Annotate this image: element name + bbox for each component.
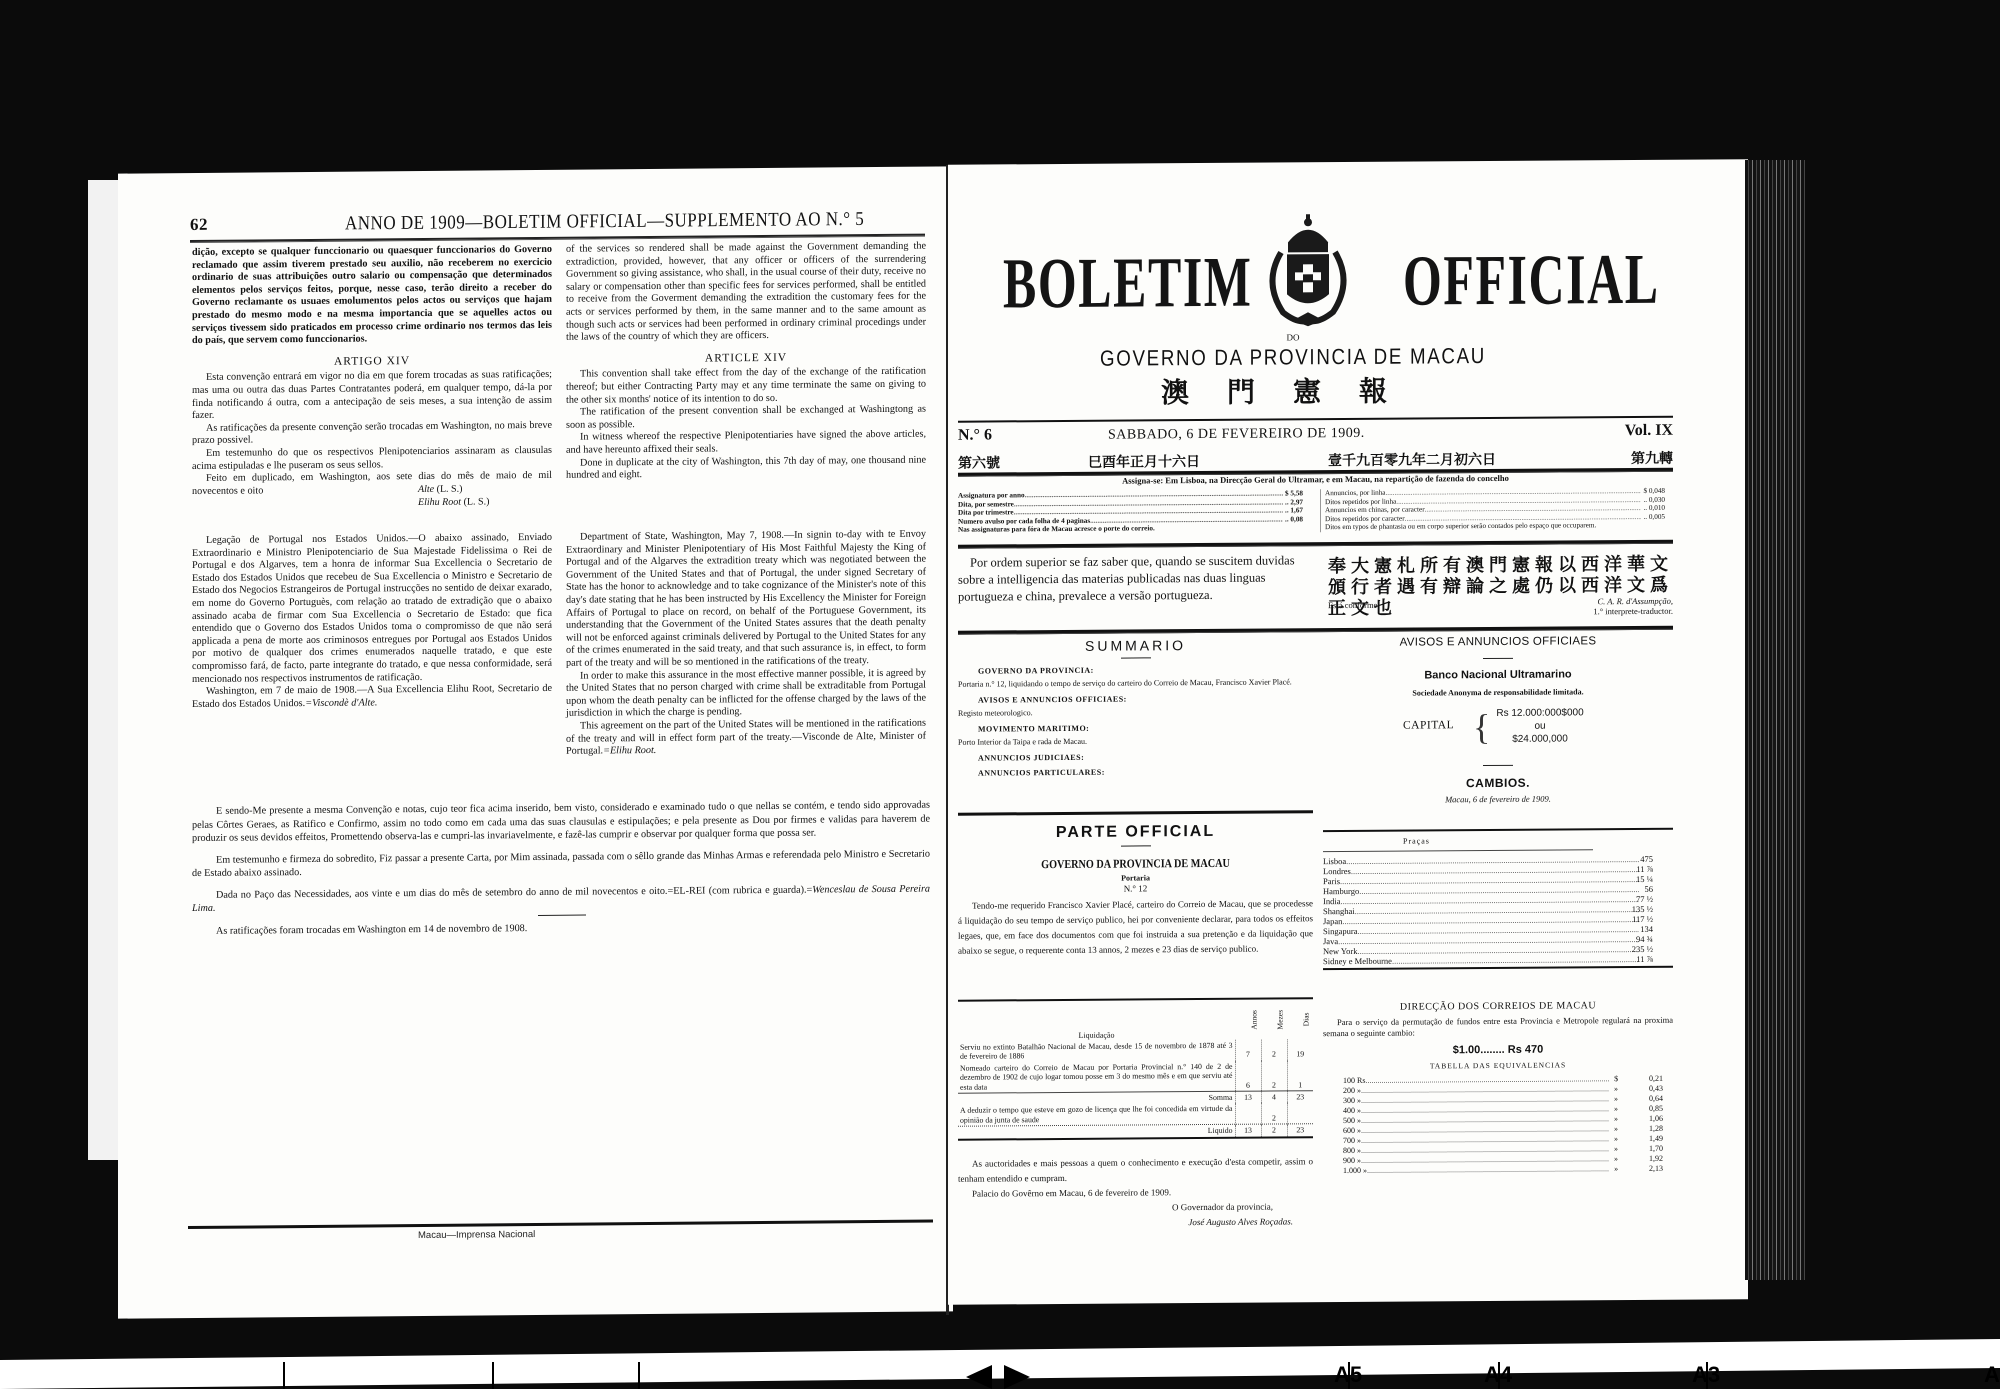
summario-text: Portaria n.° 12, liquidando o tempo de s… [958, 677, 1313, 689]
summario-title: SUMMARIO [958, 637, 1313, 654]
masthead-word-official: OFFICIAL [1403, 238, 1660, 323]
pt-paragraph: Em testemunho do que os respectivos Plen… [192, 445, 552, 473]
translator-signature: C. A. R. d'Assumpção, 1.° interprete-tra… [1593, 596, 1673, 617]
ruler-tick [283, 1362, 285, 1389]
issue-date: SABBADO, 6 DE FEVEREIRO DE 1909. [1108, 426, 1365, 444]
english-column: of the services so rendered shall be mad… [566, 241, 926, 483]
pracas-list: Lisboa475 Londres11 ⅞ Paris15 ¼ Hamburgo… [1323, 850, 1673, 970]
legacao-note: Legação de Portugal nos Estados Unidos.—… [192, 532, 552, 686]
footer-rule [188, 1220, 933, 1230]
left-page: 62 ANNO DE 1909—BOLETIM OFFICIAL—SUPPLEM… [118, 166, 953, 1318]
language-notice: Por ordem superior se faz saber que, qua… [958, 550, 1673, 625]
pt-paragraph: As ratificações da presente convenção se… [192, 420, 552, 448]
issue-date-lunar: 巳酉年正月十六日 [1088, 451, 1200, 472]
issue-volume-cn: 第九轉 [1631, 448, 1673, 468]
bank-capital: CAPITAL { Rs 12.000:000$000 ou $24.000,0… [1323, 704, 1673, 756]
summario-text: Registo meteorologico. [958, 706, 1313, 718]
capital-label: CAPITAL [1403, 719, 1454, 731]
table-row: Serviu no extinto Batalhão Nacional de M… [958, 1039, 1313, 1062]
page-number: 62 [190, 215, 208, 235]
ruler-arrow-right-icon [1004, 1365, 1030, 1389]
ruler-arrow-left-icon [966, 1365, 992, 1389]
exchange-row: Sidney e Melbourne11 ⅞ [1323, 954, 1673, 966]
portaria-closing: As auctoridades e mais pessoas a quem o … [958, 1154, 1313, 1231]
issue-volume: Vol. IX [1625, 422, 1673, 440]
capital-values: Rs 12.000:000$000 ou $24.000,000 [1485, 706, 1595, 746]
issue-date-western-cn: 壹千九百零九年二月初六日 [1328, 449, 1496, 470]
agreement-signature: =Elihu Root. [603, 745, 656, 756]
en-paragraph: The ratification of the present conventi… [566, 404, 926, 432]
avisos-divider [1483, 658, 1513, 659]
translator-title: 1.° interprete-traductor. [1593, 606, 1673, 617]
ruler-mark-a3: A3 [1692, 1362, 1720, 1388]
issue-number: N.° 6 [958, 426, 992, 444]
en-paragraph: In witness whereof the respective Plenip… [566, 429, 926, 457]
legacao-note-block: Legação de Portugal nos Estados Unidos.—… [192, 532, 552, 711]
parte-official-title: PARTE OFFICIAL [958, 822, 1313, 842]
ruler-tick [638, 1362, 640, 1389]
ratification-paragraph: Em testemunho e firmeza do sobredito, Fi… [192, 847, 930, 880]
advertising-prices: Annuncios, por linha$ 0,048 Ditos repeti… [1320, 487, 1665, 532]
advert-note: Ditos em typos de phantasia ou em corpo … [1325, 521, 1665, 532]
table-row: Nomeado carteiro do Correio de Macau por… [958, 1060, 1313, 1093]
en-article-title: ARTICLE XIV [566, 350, 926, 366]
portaria-number: N.° 12 [958, 882, 1313, 894]
ratification-paragraph: Dada no Paço das Necessidades, aos vinte… [216, 884, 812, 900]
imprint: Macau—Imprensa Nacional [418, 1229, 535, 1241]
masthead-subtitle-chinese: 澳門憲報 [948, 368, 1638, 413]
cambios-divider [1483, 765, 1513, 766]
book-page-edges [1745, 160, 1805, 1280]
correios-title: DIRECÇÃO DOS CORREIOS DE MACAU [1323, 1000, 1673, 1013]
summario-divider [1121, 657, 1151, 658]
ruler-mark-a5: A5 [1334, 1362, 1362, 1388]
masthead-subtitle: GOVERNO DA PROVINCIA DE MACAU [1000, 342, 1587, 372]
equivalence-row: 1.000 »»2,13 [1343, 1164, 1663, 1176]
pt-paragraph: Esta convenção entrará em vigor no dia e… [192, 369, 552, 423]
closing-paragraph: As auctoridades e mais pessoas a quem o … [958, 1154, 1313, 1186]
masthead: BOLETIM OFFICIAL [1003, 200, 1693, 325]
exchange-rates-table: Praças Lisboa475 Londres11 ⅞ Paris15 ¼ H… [1323, 828, 1673, 970]
liquidacao-header-label: Liquidação [958, 1000, 1235, 1042]
signature-root: Elihu Root [418, 497, 461, 508]
summario: SUMMARIO GOVERNO DA PROVINCIA: Portaria … [958, 637, 1313, 780]
ratification-paragraph: E sendo-Me presente a mesma Convenção e … [192, 799, 930, 846]
correios-rate: $1.00........ Rs 470 [1323, 1044, 1673, 1057]
masthead-word-boletim: BOLETIM [1003, 241, 1252, 326]
issue-number-cn: 第六號 [958, 452, 1000, 472]
cambios-date: Macau, 6 de fevereiro de 1909. [1323, 793, 1673, 805]
parte-gov: GOVERNO DA PROVINCIA DE MACAU [985, 855, 1287, 872]
summario-rule [958, 810, 1313, 815]
portaria-body: Tendo-me requerido Francisco Xavier Plac… [958, 896, 1313, 958]
bank-name: Banco Nacional Ultramarino [1323, 668, 1673, 682]
translator-name: C. A. R. d'Assumpção, [1597, 596, 1673, 607]
summario-text: Porto Interior da Taipa e rada de Macau. [958, 735, 1313, 747]
liquidacao-table: Liquidação Annos Mezes Dias Serviu no ex… [958, 997, 1313, 1140]
cambios-title: CAMBIOS. [1323, 775, 1673, 791]
en-paragraph: Done in duplicate at the city of Washing… [566, 454, 926, 482]
liquidacao-header: Liquidação Annos Mezes Dias [958, 999, 1313, 1041]
bank-subtitle: Sociedade Anonyma de responsabilidade li… [1323, 687, 1673, 698]
ruler-mark-a4: A4 [1484, 1362, 1512, 1388]
portuguese-column: dição, excepto se qualquer funccionario … [192, 244, 552, 498]
notice-conforme: Está conforme. [1328, 600, 1379, 610]
subscription-prices: Assignatura por anno$ 5,58 Dita, por sem… [958, 489, 1303, 534]
en-continuation: of the services so rendered shall be mad… [566, 241, 926, 345]
department-note: Department of State, Washington, May 7, … [566, 529, 926, 671]
ratification-note-block: As ratificações foram trocadas em Washin… [192, 919, 930, 947]
en-paragraph: This convention shall take effect from t… [566, 366, 926, 407]
ruler-mark-a: A [1984, 1362, 2000, 1388]
pt-continuation: dição, excepto se qualquer funccionario … [192, 244, 552, 348]
department-note-block: Department of State, Washington, May 7, … [566, 529, 926, 759]
ruler-tick [492, 1362, 494, 1389]
parte-official: PARTE OFFICIAL GOVERNO DA PROVINCIA DE M… [958, 822, 1313, 958]
parte-divider [1121, 845, 1151, 846]
summario-heading: ANNUNCIOS PARTICULARES: [958, 763, 1313, 780]
col-dias: Dias [1287, 999, 1313, 1039]
subscription-rule [958, 540, 1673, 549]
correios-body: Para o serviço da permutação de fundos e… [1323, 1015, 1673, 1039]
running-head-title: ANNO DE 1909—BOLETIM OFFICIAL—SUPPLEMENT… [345, 208, 864, 236]
col-annos: Annos [1235, 1000, 1261, 1040]
notice-portuguese: Por ordem superior se faz saber que, qua… [958, 552, 1313, 605]
summario-heading: GOVERNO DA PROVINCIA: [958, 661, 1313, 678]
washington-signature: =Viscondè d'Alte. [305, 697, 377, 709]
subscription-note: Nas assignaturas para fóra de Macau acre… [958, 524, 1303, 535]
notice-rule [958, 626, 1673, 635]
royal-crest-icon [1253, 212, 1363, 333]
equivalence-table-title: TABELLA DAS EQUIVALENCIAS [1323, 1059, 1673, 1072]
pracas-header: Praças [1323, 830, 1593, 852]
treaty-signatures: Alte (L. S.) Elihu Root (L. S.) [418, 482, 578, 509]
right-page: BOLETIM OFFICIAL DO GOVERNO DA PROVINCIA… [948, 159, 1748, 1305]
governor-name: José Augusto Alves Roçadas. [958, 1214, 1313, 1231]
equivalence-table: 100 Rs$0,21 200 »»0,43 300 »»0,64 400 »»… [1323, 1074, 1673, 1176]
avisos-section: AVISOS E ANNUNCIOS OFFICIAES Banco Nacio… [1323, 635, 1673, 805]
avisos-title: AVISOS E ANNUNCIOS OFFICIAES [1323, 635, 1673, 649]
table-row: A deduzir o tempo que esteve em gozo de … [958, 1103, 1313, 1127]
summario-heading: MOVIMENTO MARITIMO: [958, 719, 1313, 736]
col-mezes: Mezes [1261, 999, 1287, 1039]
assurance-note: In order to make this assurance in the m… [566, 667, 926, 721]
correios-section: DIRECÇÃO DOS CORREIOS DE MACAU Para o se… [1323, 1000, 1673, 1176]
signature-alte: Alte [418, 484, 434, 495]
ratification-text: E sendo-Me presente a mesma Convenção e … [192, 799, 930, 924]
issue-info-row: N.° 6 SABBADO, 6 DE FEVEREIRO DE 1909. V… [958, 422, 1673, 449]
summario-heading: AVISOS E ANNUNCIOS OFFICIAES: [958, 690, 1313, 707]
pt-article-title: ARTIGO XIV [192, 354, 552, 370]
